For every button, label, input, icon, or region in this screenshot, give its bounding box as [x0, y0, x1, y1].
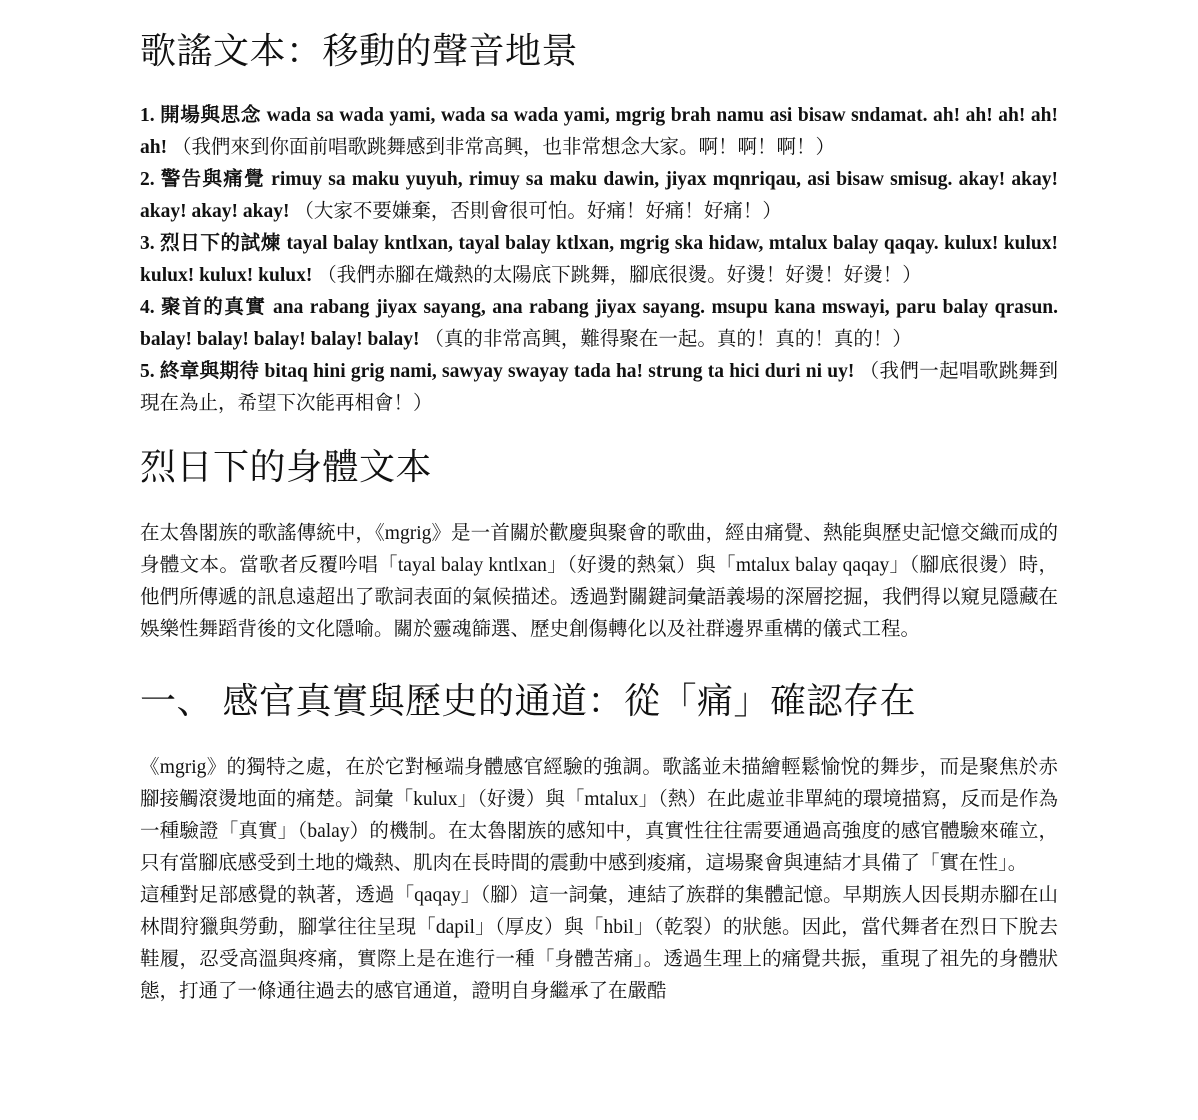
body-text-section-title: 烈日下的身體文本 [140, 442, 1058, 492]
lyric-title: 聚首的真實 [161, 297, 266, 318]
lyric-number: 5. [140, 361, 155, 382]
lyric-number: 2. [140, 169, 155, 190]
paragraph: 這種對足部感覺的執著，透過「qaqay」（腳）這一詞彙，連結了族群的集體記憶。早… [140, 880, 1058, 1008]
lyric-number: 3. [140, 233, 155, 254]
lyric-translation: （我們來到你面前唱歌跳舞感到非常高興，也非常想念大家。啊！啊！啊！） [172, 137, 835, 158]
lyric-translation: （大家不要嫌棄，否則會很可怕。好痛！好痛！好痛！） [294, 201, 782, 222]
lyric-title: 警告與痛覺 [161, 169, 265, 190]
paragraph: 在太魯閣族的歌謠傳統中，《mgrig》是一首關於歡慶與聚會的歌曲，經由痛覺、熱能… [140, 518, 1058, 646]
lyric-number: 1. [140, 105, 155, 126]
lyric-item: 4. 聚首的真實 ana rabang jiyax sayang, ana ra… [140, 292, 1058, 356]
body-text-section: 在太魯閣族的歌謠傳統中，《mgrig》是一首關於歡慶與聚會的歌曲，經由痛覺、熱能… [140, 518, 1058, 646]
lyric-native-text: bitaq hini grig nami, sawyay swayay tada… [264, 361, 854, 382]
lyric-item: 3. 烈日下的試煉 tayal balay kntlxan, tayal bal… [140, 228, 1058, 292]
lyric-number: 4. [140, 297, 155, 318]
lyric-translation: （真的非常高興，難得聚在一起。真的！真的！真的！） [424, 329, 912, 350]
lyric-item: 5. 終章與期待 bitaq hini grig nami, sawyay sw… [140, 356, 1058, 420]
sensory-section-title: 一、 感官真實與歷史的通道：從「痛」確認存在 [140, 676, 1058, 726]
lyric-item: 1. 開場與思念 wada sa wada yami, wada sa wada… [140, 100, 1058, 164]
lyric-title: 烈日下的試煉 [160, 233, 281, 254]
lyric-title: 開場與思念 [160, 105, 261, 126]
paragraph: 《mgrig》的獨特之處，在於它對極端身體感官經驗的強調。歌謠並未描繪輕鬆愉悅的… [140, 752, 1058, 880]
spacer [140, 420, 1058, 442]
sensory-section: 《mgrig》的獨特之處，在於它對極端身體感官經驗的強調。歌謠並未描繪輕鬆愉悅的… [140, 752, 1058, 1008]
lyric-title: 終章與期待 [160, 361, 259, 382]
document-page: 歌謠文本：移動的聲音地景 1. 開場與思念 wada sa wada yami,… [140, 0, 1058, 1008]
lyrics-section-title: 歌謠文本：移動的聲音地景 [140, 26, 1058, 76]
spacer [140, 646, 1058, 676]
lyric-item: 2. 警告與痛覺 rimuy sa maku yuyuh, rimuy sa m… [140, 164, 1058, 228]
lyric-translation: （我們赤腳在熾熱的太陽底下跳舞，腳底很燙。好燙！好燙！好燙！） [317, 265, 922, 286]
lyrics-list: 1. 開場與思念 wada sa wada yami, wada sa wada… [140, 100, 1058, 420]
